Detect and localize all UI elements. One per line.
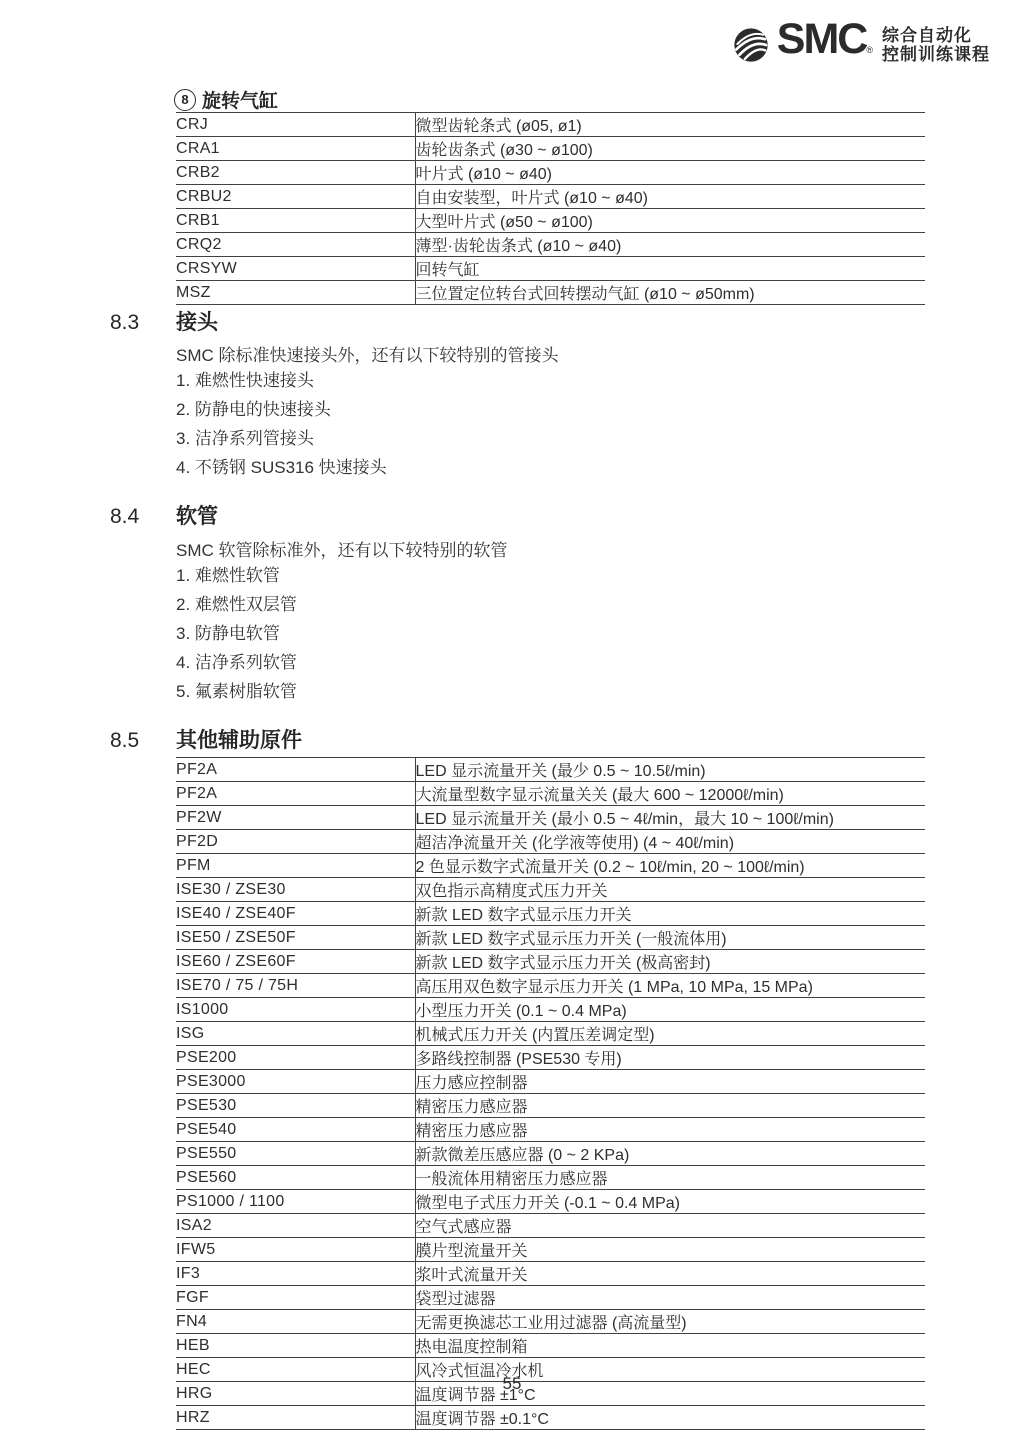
table-row: PSE3000 压力感应控制器 — [176, 1070, 925, 1094]
section-83-intro: SMC 除标准快速接头外，还有以下较特别的管接头 — [176, 341, 559, 366]
model-cell: PF2A — [176, 782, 415, 806]
model-cell: HEB — [176, 1334, 415, 1358]
description-cell: 多路线控制器 (PSE530 专用) — [415, 1046, 925, 1070]
table-row: CRA1 齿轮齿条式 (ø30 ~ ø100) — [176, 137, 925, 161]
description-cell: 新款微差压感应器 (0 ~ 2 KPa) — [415, 1142, 925, 1166]
model-cell: CRJ — [176, 113, 415, 137]
description-cell: 薄型·齿轮齿条式 (ø10 ~ ø40) — [415, 233, 925, 257]
table-row: ISG 机械式压力开关 (内置压差调定型) — [176, 1022, 925, 1046]
model-cell: PF2D — [176, 830, 415, 854]
table-row: ISE50 / ZSE50F 新款 LED 数字式显示压力开关 (一般流体用) — [176, 926, 925, 950]
table-row: PS1000 / 1100 微型电子式压力开关 (-0.1 ~ 0.4 MPa) — [176, 1190, 925, 1214]
table-row: FN4 无需更换滤芯工业用过滤器 (高流量型) — [176, 1310, 925, 1334]
smc-logo: SMC® 综合自动化 控制训练课程 — [734, 22, 990, 67]
description-cell: 精密压力感应器 — [415, 1094, 925, 1118]
description-cell: 微型电子式压力开关 (-0.1 ~ 0.4 MPa) — [415, 1190, 925, 1214]
description-cell: 新款 LED 数字式显示压力开关 — [415, 902, 925, 926]
table-row: HEB 热电温度控制箱 — [176, 1334, 925, 1358]
description-cell: 空气式感应器 — [415, 1214, 925, 1238]
section-8-title: 旋转气缸 — [202, 86, 278, 113]
table-row: IFW5 膜片型流量开关 — [176, 1238, 925, 1262]
table-row: ISE60 / ZSE60F 新款 LED 数字式显示压力开关 (极高密封) — [176, 950, 925, 974]
model-cell: MSZ — [176, 281, 415, 305]
description-cell: 回转气缸 — [415, 257, 925, 281]
table-row: PF2W LED 显示流量开关 (最小 0.5 ~ 4ℓ/min，最大 10 ~… — [176, 806, 925, 830]
list-item: 1. 难燃性软管 — [176, 561, 297, 590]
description-cell: 小型压力开关 (0.1 ~ 0.4 MPa) — [415, 998, 925, 1022]
table-row: PFM 2 色显示数字式流量开关 (0.2 ~ 10ℓ/min, 20 ~ 10… — [176, 854, 925, 878]
auxiliary-components-table: PF2A LED 显示流量开关 (最少 0.5 ~ 10.5ℓ/min) PF2… — [176, 757, 925, 1430]
page-number: 55 — [0, 1374, 1024, 1394]
section-85-heading: 8.5 其他辅助原件 — [110, 724, 302, 754]
description-cell: 大流量型数字显示流量关关 (最大 600 ~ 12000ℓ/min) — [415, 782, 925, 806]
table-row: HRZ 温度调节器 ±0.1°C — [176, 1406, 925, 1430]
model-cell: CRSYW — [176, 257, 415, 281]
model-cell: CRQ2 — [176, 233, 415, 257]
model-cell: FGF — [176, 1286, 415, 1310]
section-84-intro: SMC 软管除标准外，还有以下较特别的软管 — [176, 536, 508, 561]
table-row: ISE30 / ZSE30 双色指示高精度式压力开关 — [176, 878, 925, 902]
table-row: CRSYW 回转气缸 — [176, 257, 925, 281]
description-cell: 压力感应控制器 — [415, 1070, 925, 1094]
description-cell: 自由安装型，叶片式 (ø10 ~ ø40) — [415, 185, 925, 209]
section-8-heading: 8 旋转气缸 — [174, 86, 278, 113]
auxiliary-components-table-body: PF2A LED 显示流量开关 (最少 0.5 ~ 10.5ℓ/min) PF2… — [176, 758, 925, 1430]
description-cell: LED 显示流量开关 (最小 0.5 ~ 4ℓ/min，最大 10 ~ 100ℓ… — [415, 806, 925, 830]
model-cell: PFM — [176, 854, 415, 878]
description-cell: 机械式压力开关 (内置压差调定型) — [415, 1022, 925, 1046]
description-cell: 微型齿轮条式 (ø05, ø1) — [415, 113, 925, 137]
section-84-heading: 8.4 软管 — [110, 500, 218, 530]
circled-number-8: 8 — [174, 89, 196, 111]
model-cell: PF2A — [176, 758, 415, 782]
tagline-line-2: 控制训练课程 — [882, 45, 990, 64]
list-item: 2. 防静电的快速接头 — [176, 395, 387, 424]
model-cell: PSE560 — [176, 1166, 415, 1190]
description-cell: 新款 LED 数字式显示压力开关 (一般流体用) — [415, 926, 925, 950]
list-item: 1. 难燃性快速接头 — [176, 366, 387, 395]
list-item: 2. 难燃性双层管 — [176, 590, 297, 619]
description-cell: 袋型过滤器 — [415, 1286, 925, 1310]
model-cell: PSE540 — [176, 1118, 415, 1142]
model-cell: ISE30 / ZSE30 — [176, 878, 415, 902]
section-84-title: 软管 — [176, 500, 218, 530]
section-83-heading: 8.3 接头 — [110, 306, 218, 336]
table-row: CRB1 大型叶片式 (ø50 ~ ø100) — [176, 209, 925, 233]
table-row: IF3 浆叶式流量开关 — [176, 1262, 925, 1286]
table-row: CRBU2 自由安装型，叶片式 (ø10 ~ ø40) — [176, 185, 925, 209]
description-cell: 齿轮齿条式 (ø30 ~ ø100) — [415, 137, 925, 161]
description-cell: 高压用双色数字显示压力开关 (1 MPa, 10 MPa, 15 MPa) — [415, 974, 925, 998]
table-row: MSZ 三位置定位转台式回转摆动气缸 (ø10 ~ ø50mm) — [176, 281, 925, 305]
description-cell: 叶片式 (ø10 ~ ø40) — [415, 161, 925, 185]
description-cell: 温度调节器 ±0.1°C — [415, 1406, 925, 1430]
model-cell: IF3 — [176, 1262, 415, 1286]
model-cell: ISE50 / ZSE50F — [176, 926, 415, 950]
table-row: PF2A LED 显示流量开关 (最少 0.5 ~ 10.5ℓ/min) — [176, 758, 925, 782]
table-row: CRQ2 薄型·齿轮齿条式 (ø10 ~ ø40) — [176, 233, 925, 257]
section-84-number: 8.4 — [110, 505, 176, 529]
smc-globe-icon — [734, 28, 768, 62]
table-row: ISA2 空气式感应器 — [176, 1214, 925, 1238]
rotary-cylinder-table: CRJ 微型齿轮条式 (ø05, ø1) CRA1 齿轮齿条式 (ø30 ~ ø… — [176, 112, 925, 305]
model-cell: CRB2 — [176, 161, 415, 185]
model-cell: PSE550 — [176, 1142, 415, 1166]
model-cell: PSE530 — [176, 1094, 415, 1118]
description-cell: 精密压力感应器 — [415, 1118, 925, 1142]
table-row: PSE560 一般流体用精密压力感应器 — [176, 1166, 925, 1190]
description-cell: 膜片型流量开关 — [415, 1238, 925, 1262]
model-cell: PF2W — [176, 806, 415, 830]
description-cell: 三位置定位转台式回转摆动气缸 (ø10 ~ ø50mm) — [415, 281, 925, 305]
description-cell: 一般流体用精密压力感应器 — [415, 1166, 925, 1190]
model-cell: IFW5 — [176, 1238, 415, 1262]
model-cell: FN4 — [176, 1310, 415, 1334]
table-row: ISE70 / 75 / 75H 高压用双色数字显示压力开关 (1 MPa, 1… — [176, 974, 925, 998]
tagline-line-1: 综合自动化 — [882, 26, 990, 45]
description-cell: 双色指示高精度式压力开关 — [415, 878, 925, 902]
section-83-number: 8.3 — [110, 311, 176, 335]
table-row: PSE530 精密压力感应器 — [176, 1094, 925, 1118]
description-cell: 新款 LED 数字式显示压力开关 (极高密封) — [415, 950, 925, 974]
table-row: PSE540 精密压力感应器 — [176, 1118, 925, 1142]
section-83-list: 1. 难燃性快速接头2. 防静电的快速接头3. 洁净系列管接头4. 不锈钢 SU… — [176, 366, 387, 482]
description-cell: LED 显示流量开关 (最少 0.5 ~ 10.5ℓ/min) — [415, 758, 925, 782]
table-row: PF2A 大流量型数字显示流量关关 (最大 600 ~ 12000ℓ/min) — [176, 782, 925, 806]
table-row: ISE40 / ZSE40F 新款 LED 数字式显示压力开关 — [176, 902, 925, 926]
model-cell: PSE200 — [176, 1046, 415, 1070]
description-cell: 大型叶片式 (ø50 ~ ø100) — [415, 209, 925, 233]
rotary-cylinder-table-body: CRJ 微型齿轮条式 (ø05, ø1) CRA1 齿轮齿条式 (ø30 ~ ø… — [176, 113, 925, 305]
description-cell: 超洁净流量开关 (化学液等使用) (4 ~ 40ℓ/min) — [415, 830, 925, 854]
list-item: 3. 洁净系列管接头 — [176, 424, 387, 453]
description-cell: 热电温度控制箱 — [415, 1334, 925, 1358]
table-row: PSE200 多路线控制器 (PSE530 专用) — [176, 1046, 925, 1070]
model-cell: PSE3000 — [176, 1070, 415, 1094]
table-row: PSE550 新款微差压感应器 (0 ~ 2 KPa) — [176, 1142, 925, 1166]
document-page: SMC® 综合自动化 控制训练课程 8 旋转气缸 CRJ 微型齿轮条式 (ø05… — [0, 0, 1024, 1449]
model-cell: IS1000 — [176, 998, 415, 1022]
list-item: 5. 氟素树脂软管 — [176, 677, 297, 706]
description-cell: 浆叶式流量开关 — [415, 1262, 925, 1286]
description-cell: 无需更换滤芯工业用过滤器 (高流量型) — [415, 1310, 925, 1334]
section-85-number: 8.5 — [110, 729, 176, 753]
list-item: 4. 洁净系列软管 — [176, 648, 297, 677]
list-item: 4. 不锈钢 SUS316 快速接头 — [176, 453, 387, 482]
smc-logo-text: SMC® — [777, 22, 873, 67]
table-row: FGF 袋型过滤器 — [176, 1286, 925, 1310]
model-cell: ISE40 / ZSE40F — [176, 902, 415, 926]
model-cell: ISG — [176, 1022, 415, 1046]
table-row: CRJ 微型齿轮条式 (ø05, ø1) — [176, 113, 925, 137]
section-85-title: 其他辅助原件 — [176, 724, 302, 754]
model-cell: HRZ — [176, 1406, 415, 1430]
logo-tagline: 综合自动化 控制训练课程 — [882, 26, 990, 64]
model-cell: CRB1 — [176, 209, 415, 233]
table-row: PF2D 超洁净流量开关 (化学液等使用) (4 ~ 40ℓ/min) — [176, 830, 925, 854]
registered-mark: ® — [866, 45, 873, 55]
description-cell: 2 色显示数字式流量开关 (0.2 ~ 10ℓ/min, 20 ~ 100ℓ/m… — [415, 854, 925, 878]
section-84-list: 1. 难燃性软管2. 难燃性双层管3. 防静电软管4. 洁净系列软管5. 氟素树… — [176, 561, 297, 706]
model-cell: CRBU2 — [176, 185, 415, 209]
section-83-title: 接头 — [176, 306, 218, 336]
model-cell: CRA1 — [176, 137, 415, 161]
table-row: IS1000 小型压力开关 (0.1 ~ 0.4 MPa) — [176, 998, 925, 1022]
list-item: 3. 防静电软管 — [176, 619, 297, 648]
model-cell: ISE60 / ZSE60F — [176, 950, 415, 974]
model-cell: ISA2 — [176, 1214, 415, 1238]
table-row: CRB2 叶片式 (ø10 ~ ø40) — [176, 161, 925, 185]
model-cell: PS1000 / 1100 — [176, 1190, 415, 1214]
model-cell: ISE70 / 75 / 75H — [176, 974, 415, 998]
